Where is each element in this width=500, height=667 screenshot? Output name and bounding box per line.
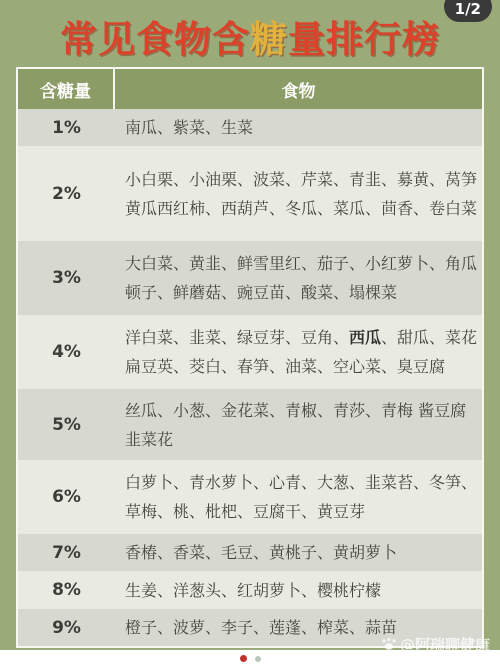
food-cell: 香椿、香菜、毛豆、黄桃子、黄胡萝卜 [115,534,482,571]
watermark: @阿瑞聊健康 [381,634,490,650]
poster-viewer: 常见食物含糖量排行榜 含糖量 食物 1%南瓜、紫菜、生菜2%小白栗、小油栗、波菜… [0,0,500,667]
food-line: 顿子、鲜蘑菇、豌豆苗、酸菜、塌棵菜 [125,278,478,307]
table-row: 5%丝瓜、小葱、金花菜、青椒、青莎、青梅 酱豆腐韭菜花 [18,389,482,460]
watermark-handle: @阿瑞聊健康 [400,634,490,650]
food-line: 黄瓜西红柿、西葫芦、冬瓜、菜瓜、茴香、卷白菜 [125,194,478,223]
food-cell: 洋白菜、韭菜、绿豆芽、豆角、西瓜、甜瓜、菜花扁豆英、茭白、春笋、油菜、空心菜、臭… [115,319,482,385]
page-title-prefix: 常见食物含 [60,18,250,61]
sugar-content-table: 含糖量 食物 1%南瓜、紫菜、生菜2%小白栗、小油栗、波菜、芹菜、青韭、募黄、莴… [16,67,484,648]
food-line: 韭菜花 [125,425,478,454]
page-counter-badge: 1/2 [444,0,492,22]
poster: 常见食物含糖量排行榜 含糖量 食物 1%南瓜、紫菜、生菜2%小白栗、小油栗、波菜… [0,0,500,650]
table-row: 8%生姜、洋葱头、红胡萝卜、樱桃柠檬 [18,571,482,609]
table-header-food: 食物 [115,77,482,102]
table-row: 1%南瓜、紫菜、生菜 [18,109,482,146]
page-title-suffix: 量排行榜 [288,18,440,61]
table-row: 6%白萝卜、青水萝卜、心青、大葱、韭菜苔、冬笋、草梅、桃、枇杷、豆腐干、黄豆芽 [18,460,482,534]
sugar-content-cell: 4% [18,342,115,362]
sugar-content-cell: 9% [18,618,115,638]
food-cell: 生姜、洋葱头、红胡萝卜、樱桃柠檬 [115,572,482,609]
pager-dot-1[interactable] [240,655,247,662]
sugar-content-cell: 7% [18,543,115,563]
food-line: 白萝卜、青水萝卜、心青、大葱、韭菜苔、冬笋、 [125,468,478,497]
food-line: 丝瓜、小葱、金花菜、青椒、青莎、青梅 酱豆腐 [125,396,478,425]
food-cell: 南瓜、紫菜、生菜 [115,109,482,146]
sugar-content-cell: 1% [18,118,115,138]
food-line: 草梅、桃、枇杷、豆腐干、黄豆芽 [125,497,478,526]
food-line: 大白菜、黄韭、鲜雪里红、茄子、小红萝卜、角瓜 [125,249,478,278]
food-line: 扁豆英、茭白、春笋、油菜、空心菜、臭豆腐 [125,352,478,381]
food-line: 洋白菜、韭菜、绿豆芽、豆角、西瓜、甜瓜、菜花 [125,323,478,352]
table-row: 3%大白菜、黄韭、鲜雪里红、茄子、小红萝卜、角瓜顿子、鲜蘑菇、豌豆苗、酸菜、塌棵… [18,241,482,315]
sugar-content-cell: 3% [18,268,115,288]
table-header-sugar-content: 含糖量 [18,69,115,109]
sugar-content-cell: 8% [18,580,115,600]
food-cell: 大白菜、黄韭、鲜雪里红、茄子、小红萝卜、角瓜顿子、鲜蘑菇、豌豆苗、酸菜、塌棵菜 [115,245,482,311]
sugar-content-cell: 6% [18,487,115,507]
sugar-content-cell: 5% [18,415,115,435]
table-header-row: 含糖量 食物 [18,69,482,109]
page-title-highlight: 糖 [250,18,288,61]
food-line: 小白栗、小油栗、波菜、芹菜、青韭、募黄、莴笋 [125,165,478,194]
table-body: 1%南瓜、紫菜、生菜2%小白栗、小油栗、波菜、芹菜、青韭、募黄、莴笋黄瓜西红柿、… [18,109,482,646]
table-row: 2%小白栗、小油栗、波菜、芹菜、青韭、募黄、莴笋黄瓜西红柿、西葫芦、冬瓜、菜瓜、… [18,146,482,241]
pager-dots [0,650,500,667]
table-row: 7%香椿、香菜、毛豆、黄桃子、黄胡萝卜 [18,534,482,571]
page-title: 常见食物含糖量排行榜 [0,9,500,63]
paw-icon [381,637,397,650]
pager-dot-2[interactable] [255,656,261,662]
table-row: 4%洋白菜、韭菜、绿豆芽、豆角、西瓜、甜瓜、菜花扁豆英、茭白、春笋、油菜、空心菜… [18,315,482,389]
food-line: 生姜、洋葱头、红胡萝卜、樱桃柠檬 [125,576,478,605]
food-cell: 小白栗、小油栗、波菜、芹菜、青韭、募黄、莴笋黄瓜西红柿、西葫芦、冬瓜、菜瓜、茴香… [115,161,482,227]
food-line: 香椿、香菜、毛豆、黄桃子、黄胡萝卜 [125,538,478,567]
sugar-content-cell: 2% [18,184,115,204]
food-cell: 白萝卜、青水萝卜、心青、大葱、韭菜苔、冬笋、草梅、桃、枇杷、豆腐干、黄豆芽 [115,464,482,530]
food-cell: 丝瓜、小葱、金花菜、青椒、青莎、青梅 酱豆腐韭菜花 [115,392,482,458]
food-line: 南瓜、紫菜、生菜 [125,113,478,142]
